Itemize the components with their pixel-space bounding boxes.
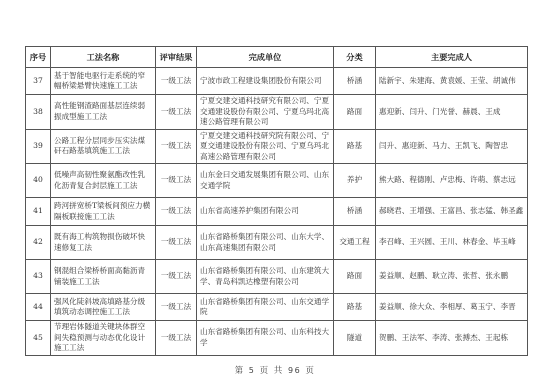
main-contributors-cell: 李召峰、王兴圆、王川、林春金、毕玉峰 xyxy=(376,226,528,260)
category-cell: 交通工程 xyxy=(334,226,376,260)
category-cell: 路面 xyxy=(334,260,376,294)
row-no-cell: 45 xyxy=(26,321,51,356)
page-footer: 第 5 页 共 96 页 xyxy=(0,364,550,376)
completion-unit-cell: 山东省路桥集团有限公司、山东建筑大学、青岛科凯达橡塑有限公司 xyxy=(197,260,334,294)
main-contributors-cell: 郝晓君、王增强、王富昌、张志猛、韩圣鑫 xyxy=(376,198,528,226)
review-result-cell: 一级工法 xyxy=(156,294,197,321)
category-cell: 桥涵 xyxy=(334,198,376,226)
page-mid: 页 共 xyxy=(260,366,284,376)
page-prefix: 第 xyxy=(235,366,245,376)
completion-unit-cell: 宁夏交建交通科技研究院有限公司、宁夏交通建设股份有限公司、宁夏乌玛北高速公路管理… xyxy=(197,129,334,164)
method-name-cell: 钢混组合梁桥桥面高黏沥青铺装施工工法 xyxy=(51,260,156,294)
row-no-cell: 40 xyxy=(26,164,51,198)
review-result-cell: 一级工法 xyxy=(156,260,197,294)
table-row: 40低噪声高韧性聚氨酯改性乳化沥青复合封层施工工法一级工法山东金曰交通发展集团有… xyxy=(26,164,528,198)
table-row: 44强风化陡斜坡高填路基分级填筑动态调控施工工法一级工法山东省路桥集团有限公司、… xyxy=(26,294,528,321)
review-result-cell: 一级工法 xyxy=(156,68,197,95)
row-no-cell: 42 xyxy=(26,226,51,260)
row-no-cell: 39 xyxy=(26,129,51,164)
header-method-name: 工法名称 xyxy=(51,47,156,68)
completion-unit-cell: 宁波市政工程建设集团股份有限公司 xyxy=(197,68,334,95)
table-row: 37基于智能电驱行走系统的窄幅桥梁悬臂快速施工工法一级工法宁波市政工程建设集团股… xyxy=(26,68,528,95)
method-name-cell: 低噪声高韧性聚氨酯改性乳化沥青复合封层施工工法 xyxy=(51,164,156,198)
method-name-cell: 基于智能电驱行走系统的窄幅桥梁悬臂快速施工工法 xyxy=(51,68,156,95)
table-header-row: 序号 工法名称 评审结果 完成单位 分类 主要完成人 xyxy=(26,47,528,68)
completion-unit-cell: 山东省高速养护集团有限公司 xyxy=(197,198,334,226)
row-no-cell: 38 xyxy=(26,95,51,130)
header-completion-unit: 完成单位 xyxy=(197,47,334,68)
method-name-cell: 节理岩体隧道关键块体群空间失稳预测与动态优化设计施工工法 xyxy=(51,321,156,356)
row-no-cell: 37 xyxy=(26,68,51,95)
main-contributors-cell: 姜益顺、赵鹏、耿立涛、张哲、张永鹏 xyxy=(376,260,528,294)
category-cell: 隧道 xyxy=(334,321,376,356)
header-category: 分类 xyxy=(334,47,376,68)
method-name-cell: 高性能钢渣路面基层连续弱振成型施工工法 xyxy=(51,95,156,130)
category-cell: 桥涵 xyxy=(334,68,376,95)
review-result-cell: 一级工法 xyxy=(156,226,197,260)
row-no-cell: 44 xyxy=(26,294,51,321)
work-method-table: 序号 工法名称 评审结果 完成单位 分类 主要完成人 37基于智能电驱行走系统的… xyxy=(25,46,528,356)
method-name-cell: 公路工程分层同步压实法煤矸石路基填筑施工工法 xyxy=(51,129,156,164)
main-contributors-cell: 陆新宇、朱建海、黄袁媛、王莹、胡诚伟 xyxy=(376,68,528,95)
method-name-cell: 跨河拼宽桥T梁板间预应力横隔板联接施工工法 xyxy=(51,198,156,226)
main-contributors-cell: 闫升、惠迎新、马力、王凯飞、陶智忠 xyxy=(376,129,528,164)
method-name-cell: 既有海工构筑物损伤破坏快速修复工法 xyxy=(51,226,156,260)
table-row: 39公路工程分层同步压实法煤矸石路基填筑施工工法一级工法宁夏交建交通科技研究院有… xyxy=(26,129,528,164)
completion-unit-cell: 山东省路桥集团有限公司、山东交通学院 xyxy=(197,294,334,321)
completion-unit-cell: 山东省路桥集团有限公司、山东科技大学 xyxy=(197,321,334,356)
review-result-cell: 一级工法 xyxy=(156,95,197,130)
completion-unit-cell: 山东金曰交通发展集团有限公司、山东交通学院 xyxy=(197,164,334,198)
method-name-cell: 强风化陡斜坡高填路基分级填筑动态调控施工工法 xyxy=(51,294,156,321)
review-result-cell: 一级工法 xyxy=(156,164,197,198)
header-review-result: 评审结果 xyxy=(156,47,197,68)
completion-unit-cell: 山东省路桥集团有限公司、山东大学、山东高速集团有限公司 xyxy=(197,226,334,260)
main-contributors-cell: 惠迎新、闫升、门光誉、赫晨、王成 xyxy=(376,95,528,130)
category-cell: 路基 xyxy=(334,294,376,321)
review-result-cell: 一级工法 xyxy=(156,321,197,356)
main-contributors-cell: 熊大路、程德刚、卢忠梅、许萌、蔡志远 xyxy=(376,164,528,198)
header-main-contributors: 主要完成人 xyxy=(376,47,528,68)
row-no-cell: 43 xyxy=(26,260,51,294)
current-page: 5 xyxy=(249,366,256,375)
table-row: 43钢混组合梁桥桥面高黏沥青铺装施工工法一级工法山东省路桥集团有限公司、山东建筑… xyxy=(26,260,528,294)
table-row: 45节理岩体隧道关键块体群空间失稳预测与动态优化设计施工工法一级工法山东省路桥集… xyxy=(26,321,528,356)
category-cell: 养护 xyxy=(334,164,376,198)
completion-unit-cell: 宁夏交建交通科技研究有限公司、宁夏交通建设股份有限公司、宁夏乌玛北高速公路管理有… xyxy=(197,95,334,130)
header-no: 序号 xyxy=(26,47,51,68)
review-result-cell: 一级工法 xyxy=(156,198,197,226)
table-row: 38高性能钢渣路面基层连续弱振成型施工工法一级工法宁夏交建交通科技研究有限公司、… xyxy=(26,95,528,130)
total-pages: 96 xyxy=(288,366,301,375)
category-cell: 路基 xyxy=(334,129,376,164)
page-suffix: 页 xyxy=(305,366,315,376)
row-no-cell: 41 xyxy=(26,198,51,226)
table-row: 41跨河拼宽桥T梁板间预应力横隔板联接施工工法一级工法山东省高速养护集团有限公司… xyxy=(26,198,528,226)
review-result-cell: 一级工法 xyxy=(156,129,197,164)
table-row: 42既有海工构筑物损伤破坏快速修复工法一级工法山东省路桥集团有限公司、山东大学、… xyxy=(26,226,528,260)
category-cell: 路面 xyxy=(334,95,376,130)
main-contributors-cell: 贺鹏、王法军、李涛、张搏杰、王起栋 xyxy=(376,321,528,356)
main-contributors-cell: 姜益顺、徐大众、李相厚、葛玉宁、李晋 xyxy=(376,294,528,321)
